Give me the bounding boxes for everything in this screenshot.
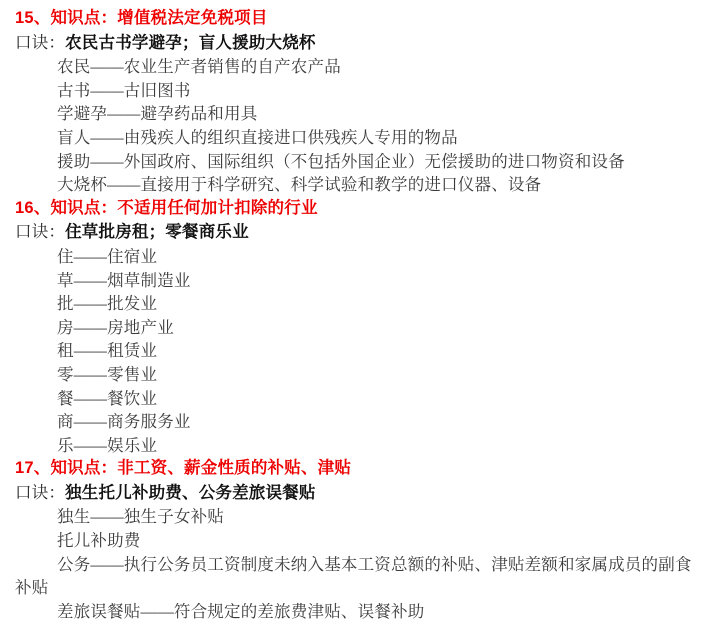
item-line: 援助——外国政府、国际组织（不包括外国企业）无偿援助的进口物资和设备	[15, 150, 706, 174]
item-line: 托儿补助费	[15, 529, 706, 553]
item-line: 学避孕——避孕药品和用具	[15, 102, 706, 126]
item-line: 大烧杯——直接用于科学研究、科学试验和教学的进口仪器、设备	[15, 173, 706, 197]
mnemonic-text: 农民古书学避孕；盲人援助大烧杯	[65, 34, 316, 52]
section-heading: 15、知识点：增值税法定免税项目	[15, 7, 706, 31]
item-line: 公务——执行公务员工资制度未纳入基本工资总额的补贴、津贴差额和家属成员的副食补贴	[15, 553, 706, 600]
document-page: 15、知识点：增值税法定免税项目 口诀：农民古书学避孕；盲人援助大烧杯 农民——…	[0, 0, 714, 631]
item-line: 草——烟草制造业	[15, 269, 706, 293]
item-line: 盲人——由残疾人的组织直接进口供残疾人专用的物品	[15, 126, 706, 150]
item-line: 批——批发业	[15, 292, 706, 316]
item-line: 零——零售业	[15, 363, 706, 387]
item-line: 餐——餐饮业	[15, 387, 706, 411]
mnemonic-line: 口诀：农民古书学避孕；盲人援助大烧杯	[15, 31, 706, 56]
mnemonic-label: 口诀：	[15, 33, 65, 52]
item-line: 独生——独生子女补贴	[15, 505, 706, 529]
mnemonic-text: 住草批房租；零餐商乐业	[65, 223, 249, 241]
mnemonic-label: 口诀：	[15, 222, 65, 241]
item-line: 差旅误餐贴——符合规定的差旅费津贴、误餐补助	[15, 600, 706, 624]
section-heading: 16、知识点：不适用任何加计扣除的行业	[15, 197, 706, 221]
item-line: 古书——古旧图书	[15, 79, 706, 103]
item-line: 商——商务服务业	[15, 410, 706, 434]
mnemonic-label: 口诀：	[15, 483, 65, 502]
item-line: 乐——娱乐业	[15, 434, 706, 458]
mnemonic-text: 独生托儿补助费、公务差旅误餐贴	[65, 484, 316, 502]
item-line: 住——住宿业	[15, 245, 706, 269]
mnemonic-line: 口诀：住草批房租；零餐商乐业	[15, 220, 706, 245]
section-heading: 17、知识点：非工资、薪金性质的补贴、津贴	[15, 457, 706, 481]
mnemonic-line: 口诀：独生托儿补助费、公务差旅误餐贴	[15, 481, 706, 506]
item-line: 租——租赁业	[15, 339, 706, 363]
item-line: 农民——农业生产者销售的自产农产品	[15, 55, 706, 79]
item-line: 房——房地产业	[15, 316, 706, 340]
